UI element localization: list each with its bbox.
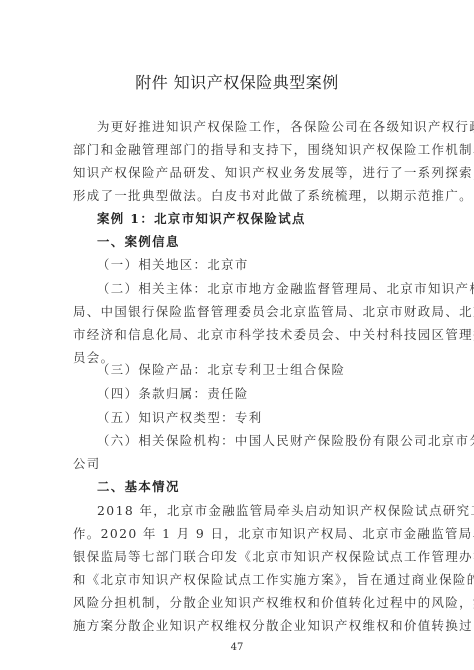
body-line: 银保监局等七部门联合印发《北京市知识产权保险试点工作管理办法》 bbox=[73, 549, 403, 565]
info-item: （四）条款归属：责任险 bbox=[97, 386, 427, 402]
body-line: 风险分担机制，分散企业知识产权维权和价值转化过程中的风险，实 bbox=[73, 595, 403, 611]
info-item: （三）保险产品：北京专利卫士组合保险 bbox=[97, 362, 427, 378]
section-heading: 二、基本情况 bbox=[97, 479, 427, 495]
section-heading: 一、案例信息 bbox=[97, 234, 427, 250]
intro-line: 知识产权保险产品研发、知识产权业务发展等，进行了一系列探索， bbox=[73, 165, 403, 181]
intro-line: 为更好推进知识产权保险工作，各保险公司在各级知识产权行政 bbox=[97, 119, 427, 135]
page-number: 47 bbox=[0, 642, 474, 653]
intro-line: 形成了一批典型做法。白皮书对此做了系统梳理，以期示范推广。 bbox=[73, 188, 403, 204]
body-line: 作。2020 年 1 月 9 日，北京市知识产权局、北京市金融监管局、北京 bbox=[73, 526, 403, 542]
document-title: 附件 知识产权保险典型案例 bbox=[0, 70, 474, 93]
document-page: 附件 知识产权保险典型案例 为更好推进知识产权保险工作，各保险公司在各级知识产权… bbox=[0, 0, 474, 670]
body-line: 和《北京市知识产权保险试点工作实施方案》，旨在通过商业保险的 bbox=[73, 572, 403, 588]
info-item: 局、中国银行保险监督管理委员会北京监管局、北京市财政局、北京 bbox=[73, 304, 403, 320]
info-item: 市经济和信息化局、北京市科学技术委员会、中关村科技园区管理委 bbox=[73, 327, 403, 343]
info-item: （一）相关地区：北京市 bbox=[97, 257, 427, 273]
info-item: （五）知识产权类型：专利 bbox=[97, 410, 427, 426]
body-line: 施方案分散企业知识产权维权分散企业知识产权维权和价值转换过 bbox=[73, 618, 403, 634]
case-title: 案例 1：北京市知识产权保险试点 bbox=[97, 211, 427, 227]
info-item: （六）相关保险机构：中国人民财产保险股份有限公司北京市分 bbox=[97, 433, 427, 449]
body-line: 2018 年，北京市金融监管局牵头启动知识产权保险试点研究工 bbox=[97, 503, 427, 519]
info-item: （二）相关主体：北京市地方金融监督管理局、北京市知识产权 bbox=[97, 281, 427, 297]
info-item: 公司 bbox=[73, 456, 403, 472]
intro-line: 部门和金融管理部门的指导和支持下，围绕知识产权保险工作机制、 bbox=[73, 142, 403, 158]
